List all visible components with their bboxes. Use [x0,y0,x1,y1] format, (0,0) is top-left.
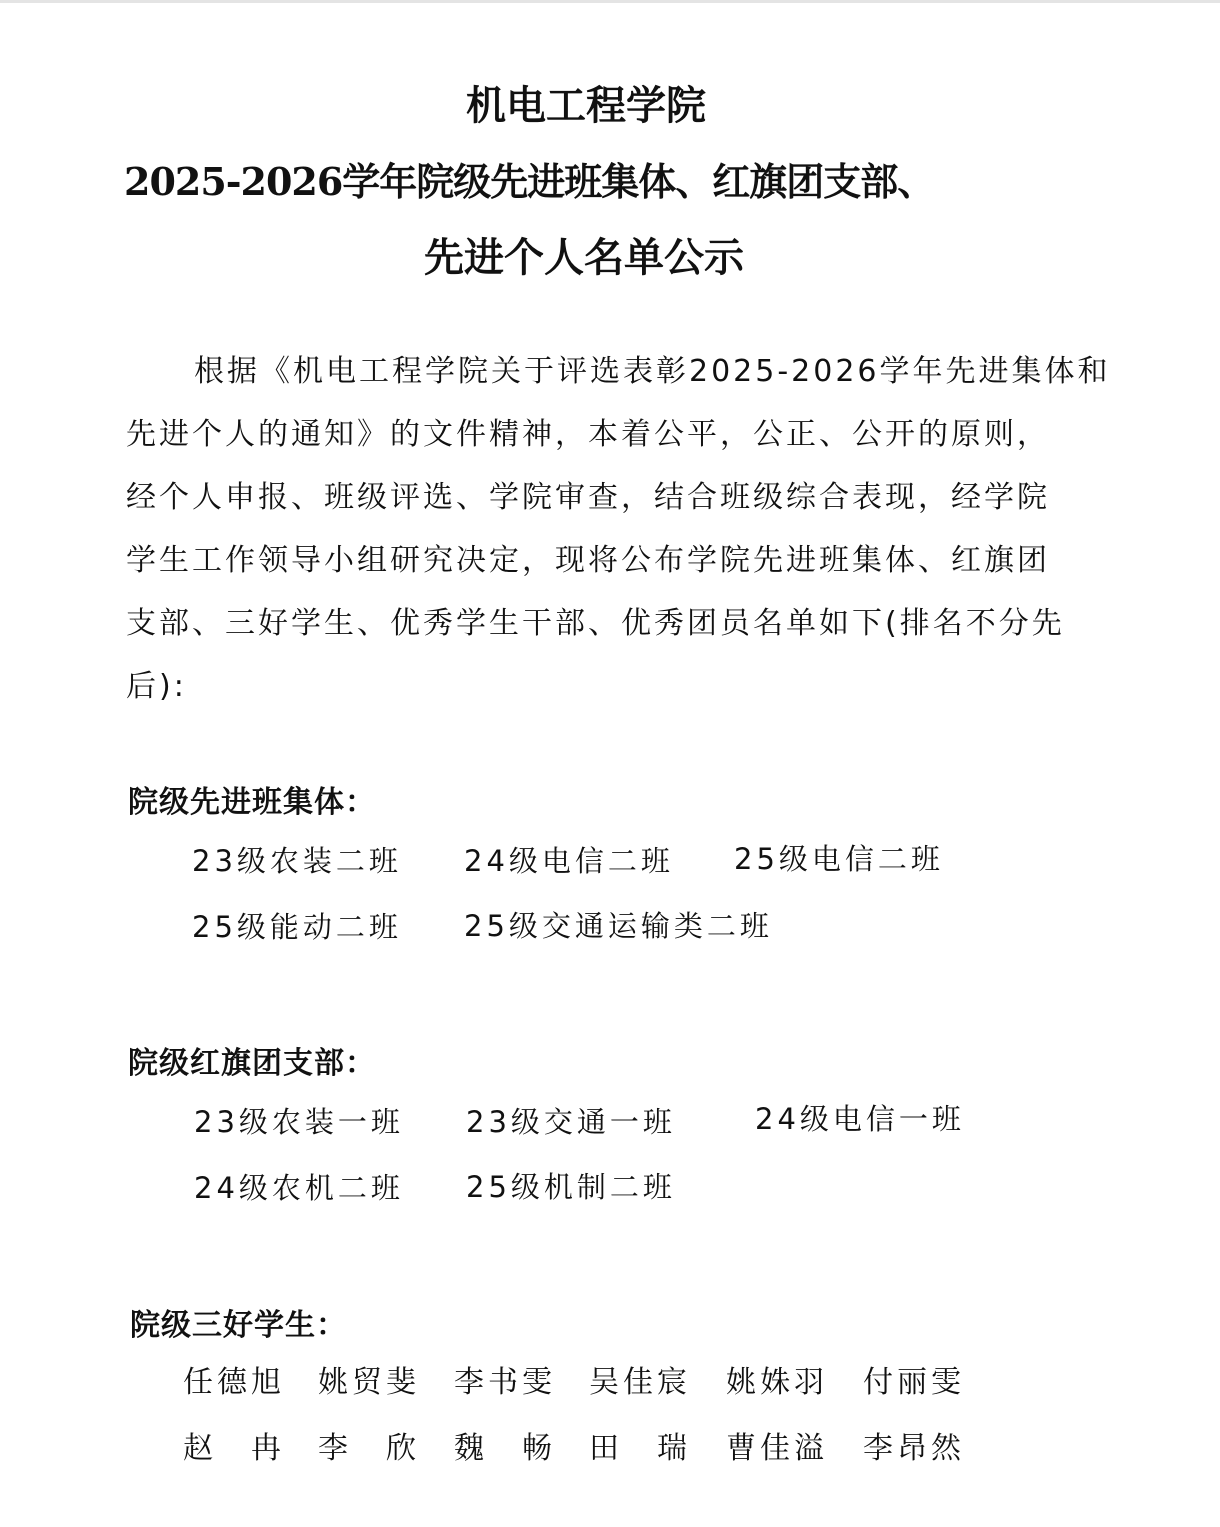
merit-student-name: 任德旭 [183,1363,285,1403]
intro-line-1: 根据《机电工程学院关于评选表彰2025-2026学年先进集体和 [126,340,1086,403]
merit-student-name: 魏 畅 [454,1429,556,1469]
page-top-edge [0,0,1220,3]
intro-line-5: 支部、三好学生、优秀学生干部、优秀团员名单如下(排名不分先 [126,592,1086,655]
advanced-class-item: 25级电信二班 [734,839,944,879]
red-flag-branch-item: 23级农装一班 [194,1102,404,1142]
intro-line-6: 后): [126,655,1086,718]
merit-student-name: 吴佳宸 [589,1363,691,1403]
merit-student-name: 田 瑞 [589,1429,691,1469]
merit-student-name: 李书雯 [454,1363,556,1403]
document-title-line-3: 先进个人名单公示 [424,230,744,286]
advanced-class-item: 24级电信二班 [464,841,674,881]
advanced-class-item: 25级交通运输类二班 [464,906,773,946]
document-title-line-1: 机电工程学院 [466,78,706,134]
merit-student-name: 李昂然 [863,1429,965,1469]
intro-line-2: 先进个人的通知》的文件精神，本着公平，公正、公开的原则， [126,403,1086,466]
section-heading-red-flag-branch: 院级红旗团支部： [128,1044,376,1084]
merit-student-name: 姚姝羽 [726,1363,828,1403]
document-title-line-2: 2025-2026学年院级先进班集体、红旗团支部、 [124,154,934,210]
red-flag-branch-item: 23级交通一班 [466,1102,676,1142]
red-flag-branch-item: 24级电信一班 [755,1099,965,1139]
merit-student-name: 李 欣 [318,1429,420,1469]
intro-line-4: 学生工作领导小组研究决定，现将公布学院先进班集体、红旗团 [126,529,1086,592]
section-heading-merit-students: 院级三好学生： [130,1306,347,1346]
advanced-class-item: 23级农装二班 [192,841,402,881]
red-flag-branch-item: 24级农机二班 [194,1168,404,1208]
merit-student-name: 曹佳溢 [726,1429,828,1469]
merit-student-name: 姚贸斐 [318,1363,420,1403]
red-flag-branch-item: 25级机制二班 [466,1167,676,1207]
intro-line-3: 经个人申报、班级评选、学院审查，结合班级综合表现，经学院 [126,466,1086,529]
section-heading-advanced-class: 院级先进班集体： [128,783,376,823]
merit-student-name: 赵 冉 [183,1429,285,1469]
merit-student-name: 付丽雯 [863,1363,965,1403]
intro-paragraph: 根据《机电工程学院关于评选表彰2025-2026学年先进集体和 先进个人的通知》… [126,340,1086,718]
advanced-class-item: 25级能动二班 [192,907,402,947]
